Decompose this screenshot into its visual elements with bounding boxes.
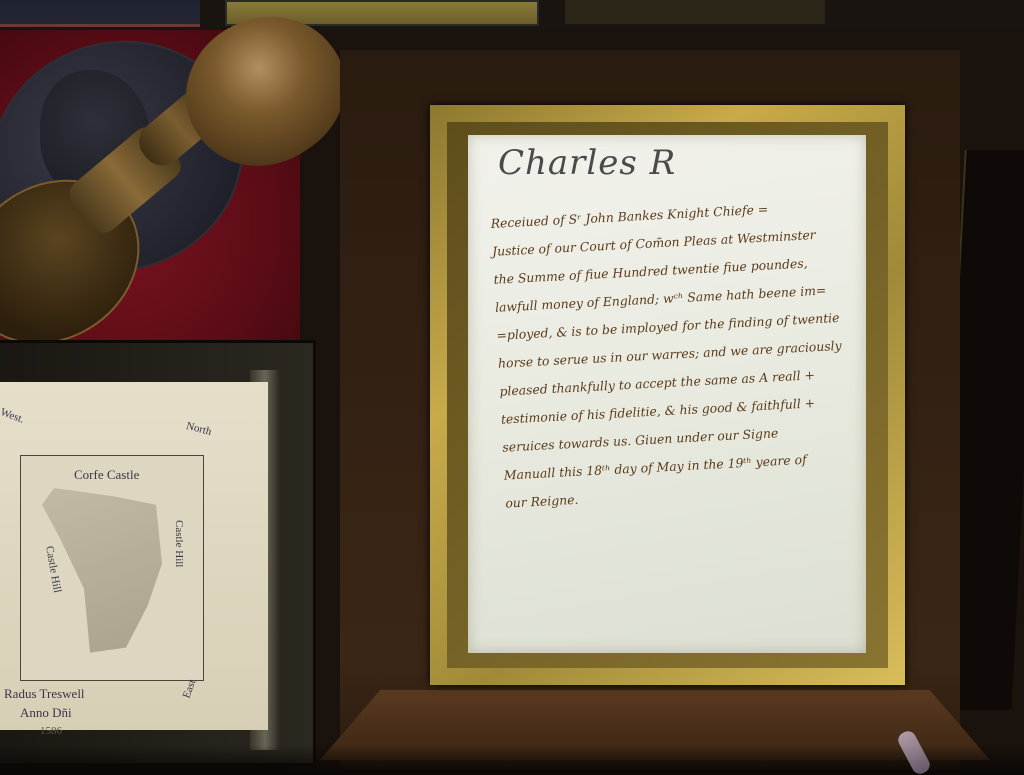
top-left-case xyxy=(0,0,200,27)
bottom-shadow xyxy=(0,745,1024,775)
map-year: 1586 xyxy=(40,725,62,737)
top-right-case xyxy=(565,0,825,24)
castle-hill-label-right: Castle Hill xyxy=(173,520,185,567)
letter-body: Receiued of Sʳ John Bankes Knight Chiefe… xyxy=(490,191,870,518)
royal-warrant-letter: Charles R Receiued of Sʳ John Bankes Kni… xyxy=(468,135,866,653)
map-anno: Anno Dñi xyxy=(20,705,72,721)
map-author: Radus Treswell xyxy=(4,686,85,702)
royal-signature: Charles R xyxy=(498,143,676,183)
map-title: Corfe Castle xyxy=(74,467,139,483)
